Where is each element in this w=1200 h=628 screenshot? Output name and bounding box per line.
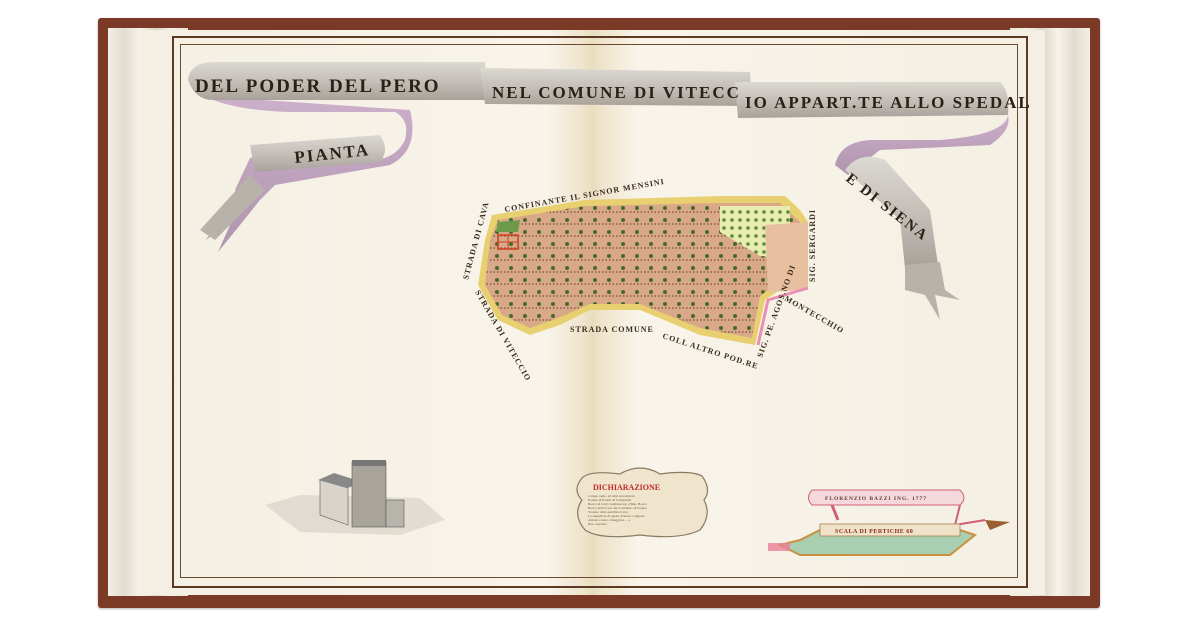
scale-label: SCALA DI PERTICHE 60 — [835, 529, 913, 535]
cartouche-heading: DICHIARAZIONE — [593, 483, 660, 492]
farmhouse-drawing — [265, 460, 445, 535]
title-segment-3: IO APPART.TE ALLO SPEDAL — [745, 93, 1032, 112]
title-segment-1: DEL PODER DEL PERO — [195, 76, 441, 97]
svg-text:fine conclusa: fine conclusa — [588, 522, 607, 526]
land-parcel — [478, 196, 808, 345]
map-illustration: DEL PODER DEL PERO NEL COMUNE DI VITECC … — [0, 0, 1200, 628]
scale-signature: FLORENZIO BAZZI ING. 1777 — [825, 496, 927, 502]
map-label-south-1: STRADA COMUNE — [570, 325, 654, 334]
title-segment-2: NEL COMUNE DI VITECC — [492, 83, 741, 102]
map-label-east-2: MONTECCHIO — [783, 294, 846, 335]
map-label-east-3: SIG. SERGARDI — [808, 209, 817, 282]
